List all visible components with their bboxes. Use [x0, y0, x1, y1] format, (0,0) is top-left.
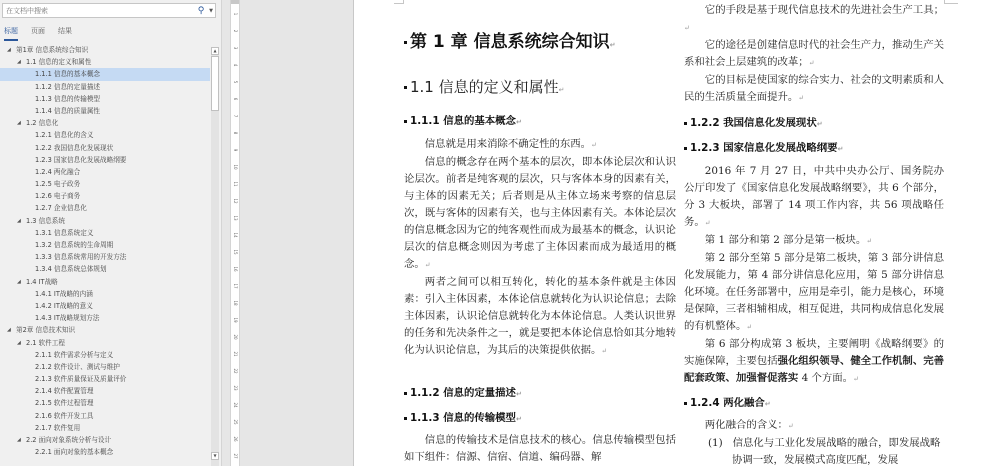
nav-heading-item[interactable]: 2.1.7 软件复用 [0, 422, 210, 434]
scroll-down-arrow-icon[interactable]: ▼ [211, 452, 219, 460]
nav-heading-item[interactable]: 1.2.1 信息化的含义 [0, 129, 210, 141]
section-heading[interactable]: 1.1 信息的定义和属性↵ [404, 76, 565, 97]
subsection-heading-1-1-2[interactable]: 1.1.2 信息的定量描述↵ [404, 384, 522, 399]
paragraph-mark-icon: ↵ [516, 415, 522, 423]
expanded-triangle-icon[interactable]: ◢ [17, 117, 21, 129]
nav-heading-label: 1.2.3 国家信息化发展战略纲要 [35, 156, 126, 164]
ruler-tick-label: 21 [233, 350, 237, 358]
nav-heading-item[interactable]: 2.1.1 软件需求分析与定义 [0, 349, 210, 361]
paragraph-mark-icon: ↵ [610, 41, 616, 49]
body-paragraph: 两化融合的含义：↵ [684, 417, 944, 435]
body-paragraph: 它的途径是创建信息时代的社会生产力，推动生产关系和社会上层建筑的改革；↵ [684, 37, 944, 72]
subsection-heading-1-2-2[interactable]: 1.2.2 我国信息化发展现状↵ [684, 114, 823, 129]
nav-heading-label: 1.2.7 企业信息化 [35, 204, 87, 212]
heading-bullet-icon [404, 417, 407, 420]
nav-heading-item[interactable]: 1.2.2 我国信息化发展现状 [0, 142, 210, 154]
ruler-tick-label: 22 [233, 367, 237, 375]
subsection-heading-1-1-1[interactable]: 1.1.1 信息的基本概念↵ [404, 112, 522, 127]
ruler-tick-label: 27 [233, 452, 237, 460]
nav-heading-label: 1.4.3 IT战略规划方法 [35, 314, 99, 322]
nav-heading-label: 1.2.5 电子政务 [35, 180, 80, 188]
nav-heading-label: 1.3.3 信息系统常用的开发方法 [35, 253, 126, 261]
paragraph-mark-icon: ↵ [838, 145, 844, 153]
ruler-tick-label: 14 [233, 231, 237, 239]
scroll-thumb[interactable] [211, 56, 219, 111]
scroll-up-arrow-icon[interactable]: ▲ [211, 47, 219, 55]
nav-heading-item[interactable]: ◢1.4 IT战略 [0, 276, 210, 288]
ruler-tick-label: 2 [233, 27, 237, 35]
ruler-tick-label: 6 [233, 95, 237, 103]
nav-heading-label: 2.1 软件工程 [26, 339, 65, 347]
expanded-triangle-icon[interactable]: ◢ [17, 337, 21, 349]
nav-heading-item[interactable]: 1.2.5 电子政务 [0, 178, 210, 190]
subsection-heading-1-2-3[interactable]: 1.2.3 国家信息化发展战略纲要↵ [684, 139, 843, 154]
search-options-dropdown-icon[interactable]: ▼ [207, 8, 215, 14]
body-text-block[interactable]: 它的手段是基于现代信息技术的先进社会生产工具；↵ 它的途径是创建信息时代的社会生… [684, 2, 944, 107]
nav-heading-label: 1.1 信息的定义和属性 [26, 58, 91, 66]
nav-heading-item[interactable]: 1.2.6 电子商务 [0, 190, 210, 202]
paragraph-mark-icon: ↵ [559, 86, 565, 94]
nav-heading-label: 2.1.4 软件配置管理 [35, 387, 93, 395]
nav-heading-item[interactable]: ◢1.2 信息化 [0, 117, 210, 129]
body-paragraph: 第 6 部分构成第 3 板块，主要阐明《战略纲要》的实施保障，主要包括强化组织领… [684, 336, 944, 388]
nav-heading-item[interactable]: 1.2.3 国家信息化发展战略纲要 [0, 154, 210, 166]
page-corner-mark-left [394, 0, 404, 4]
body-paragraph: 2016 年 7 月 27 日，中共中央办公厅、国务院办公厅印发了《国家信息化发… [684, 163, 944, 232]
ruler-tick-label: 26 [233, 435, 237, 443]
nav-heading-label: 1.2.2 我国信息化发展现状 [35, 144, 113, 152]
ruler-tick-label: 3 [233, 44, 237, 52]
body-paragraph: 第 2 部分至第 5 部分是第二板块，第 3 部分讲信息化发展能力，第 4 部分… [684, 250, 944, 336]
nav-heading-label: 第1章 信息系统综合知识 [16, 46, 88, 54]
heading-bullet-icon [684, 122, 687, 125]
nav-heading-label: 第2章 信息技术知识 [16, 326, 75, 334]
nav-heading-label: 1.2.6 电子商务 [35, 192, 80, 200]
ruler-tick-label: 19 [233, 316, 237, 324]
ruler-tick-label: 17 [233, 282, 237, 290]
expanded-triangle-icon[interactable]: ◢ [17, 276, 21, 288]
nav-heading-label: 1.3.4 信息系统总体规划 [35, 265, 107, 273]
body-paragraph: 两者之间可以相互转化，转化的基本条件就是主体因素：引入主体因素，本体论信息就转化… [404, 274, 676, 360]
subsection-heading-1-2-4[interactable]: 1.2.4 两化融合↵ [684, 394, 771, 409]
paragraph-mark-icon: ↵ [516, 118, 522, 126]
heading-bullet-icon [404, 120, 407, 123]
nav-heading-label: 1.3 信息系统 [26, 217, 65, 225]
body-paragraph: 信息就是用来消除不确定性的东西。↵ [404, 136, 676, 154]
ruler-tick-label: 12 [233, 197, 237, 205]
nav-heading-label: 1.1.3 信息的传输模型 [35, 95, 100, 103]
nav-heading-label: 1.3.2 信息系统的生命周期 [35, 241, 113, 249]
ruler-tick-label: 16 [233, 265, 237, 273]
body-text-block[interactable]: 信息的传输技术是信息技术的核心。信息传输模型包括如下组件：信源、信宿、信道、编码… [404, 432, 676, 466]
ruler-tick-label: 5 [233, 78, 237, 86]
expanded-triangle-icon[interactable]: ◢ [17, 56, 21, 68]
heading-bullet-icon [684, 402, 687, 405]
body-text-block[interactable]: 2016 年 7 月 27 日，中共中央办公厅、国务院办公厅印发了《国家信息化发… [684, 163, 944, 388]
paragraph-mark-icon: ↵ [516, 390, 522, 398]
tab-pages[interactable]: 页面 [31, 26, 45, 40]
document-page[interactable]: 第 1 章 信息系统综合知识↵ 1.1 信息的定义和属性↵ 1.1.1 信息的基… [353, 0, 990, 466]
body-paragraph: 信息的传输技术是信息技术的核心。信息传输模型包括如下组件：信源、信宿、信道、编码… [404, 432, 676, 466]
search-input[interactable] [3, 4, 195, 17]
nav-heading-item[interactable]: 2.2.1 面向对象的基本概念 [0, 446, 210, 458]
paragraph-mark-icon: ↵ [817, 120, 823, 128]
ruler-tick-label: 23 [233, 384, 237, 392]
body-paragraph: 它的目标是使国家的综合实力、社会的文明素质和人民的生活质量全面提升。↵ [684, 72, 944, 107]
nav-heading-item[interactable]: 2.1.5 软件过程管理 [0, 397, 210, 409]
ruler-tick-label: 4 [233, 61, 237, 69]
search-icon[interactable]: ⚲ [195, 5, 207, 17]
nav-heading-item[interactable]: 1.1.4 信息的质量属性 [0, 105, 210, 117]
nav-heading-label: 2.1.5 软件过程管理 [35, 399, 93, 407]
nav-tabs: 标题 页面 结果 [4, 26, 72, 40]
ruler-tick-label: 11 [233, 180, 237, 188]
navigation-pane: ⚲ ▼ 标题 页面 结果 ◢第1章 信息系统综合知识◢1.1 信息的定义和属性1… [0, 0, 222, 466]
heading-tree: ◢第1章 信息系统综合知识◢1.1 信息的定义和属性1.1.1 信息的基本概念1… [0, 44, 210, 466]
ruler-tick-label: 25 [233, 418, 237, 426]
nav-heading-label: 1.4.2 IT战略的意义 [35, 302, 93, 310]
ruler-margin-marker[interactable] [231, 0, 239, 4]
nav-heading-item[interactable]: 1.4.2 IT战略的意义 [0, 300, 210, 312]
nav-heading-item[interactable]: 1.2.7 企业信息化 [0, 202, 210, 214]
nav-heading-item[interactable]: ◢2.2 面向对象系统分析与设计 [0, 434, 210, 446]
search-box[interactable]: ⚲ ▼ [2, 3, 216, 18]
nav-heading-label: 1.1.1 信息的基本概念 [35, 70, 100, 78]
nav-heading-label: 1.4.1 IT战略的内涵 [35, 290, 93, 298]
nav-heading-item[interactable]: 1.1.1 信息的基本概念 [0, 68, 210, 80]
nav-heading-item[interactable]: 2.1.3 软件质量保证及质量评价 [0, 373, 210, 385]
body-text-block[interactable]: 两化融合的含义：↵ (1) 信息化与工业化发展战略的融合，即发展战略协调一致，发… [684, 417, 944, 466]
ruler-tick-label: 10 [233, 163, 237, 171]
nav-heading-label: 2.1.1 软件需求分析与定义 [35, 351, 113, 359]
heading-bullet-icon [404, 392, 407, 395]
ruler-tick-label: 24 [233, 401, 237, 409]
nav-heading-item[interactable]: 1.2.4 两化融合 [0, 166, 210, 178]
nav-heading-item[interactable]: ◢2.1 软件工程 [0, 337, 210, 349]
tab-results[interactable]: 结果 [58, 26, 72, 40]
ruler-tick-label: 8 [233, 129, 237, 137]
numbered-list-item: (1) 信息化与工业化发展战略的融合，即发展战略协调一致，发展模式高度匹配，发展 [684, 435, 944, 466]
nav-scrollbar[interactable]: ▲ ▼ [211, 47, 219, 466]
expanded-triangle-icon[interactable]: ◢ [17, 215, 21, 227]
ruler-tick-label: 7 [233, 112, 237, 120]
nav-heading-label: 2.2 面向对象系统分析与设计 [26, 436, 111, 444]
nav-heading-label: 2.1.6 软件开发工具 [35, 412, 93, 420]
nav-heading-item[interactable]: 1.3.1 信息系统定义 [0, 227, 210, 239]
ruler-tick-label: 1 [233, 10, 237, 18]
nav-heading-item[interactable]: ◢第2章 信息技术知识 [0, 324, 210, 336]
nav-heading-label: 1.3.1 信息系统定义 [35, 229, 93, 237]
nav-heading-item[interactable]: ◢第1章 信息系统综合知识 [0, 44, 210, 56]
ruler-tick-label: 20 [233, 333, 237, 341]
paragraph-mark-icon: ↵ [765, 400, 771, 408]
ruler-tick-label: 15 [233, 248, 237, 256]
nav-heading-label: 1.2.4 两化融合 [35, 168, 80, 176]
nav-heading-label: 1.1.2 信息的定量描述 [35, 83, 100, 91]
nav-heading-item[interactable]: 1.3.4 信息系统总体规划 [0, 263, 210, 275]
ruler-tick-label: 18 [233, 299, 237, 307]
nav-heading-item[interactable]: ◢1.3 信息系统 [0, 215, 210, 227]
nav-heading-item[interactable]: 2.1.4 软件配置管理 [0, 385, 210, 397]
subsection-heading-1-1-3[interactable]: 1.1.3 信息的传输模型↵ [404, 409, 522, 424]
body-text-block[interactable]: 信息就是用来消除不确定性的东西。↵ 信息的概念存在两个基本的层次，即本体论层次和… [404, 136, 676, 360]
nav-heading-label: 2.1.3 软件质量保证及质量评价 [35, 375, 126, 383]
heading-bullet-icon [404, 86, 407, 89]
nav-heading-item[interactable]: 2.1.6 软件开发工具 [0, 410, 210, 422]
nav-heading-label: 1.2.1 信息化的含义 [35, 131, 93, 139]
nav-heading-item[interactable]: ◢1.1 信息的定义和属性 [0, 56, 210, 68]
tab-headings[interactable]: 标题 [4, 26, 18, 40]
ruler-tick-label: 13 [233, 214, 237, 222]
body-paragraph: 信息的概念存在两个基本的层次，即本体论层次和认识论层次。前者是纯客观的层次，只与… [404, 154, 676, 274]
expanded-triangle-icon[interactable]: ◢ [7, 324, 11, 336]
heading-bullet-icon [684, 147, 687, 150]
expanded-triangle-icon[interactable]: ◢ [17, 434, 21, 446]
nav-heading-label: 2.2.1 面向对象的基本概念 [35, 448, 113, 456]
nav-heading-label: 2.1.2 软件设计、测试与维护 [35, 363, 120, 371]
vertical-ruler: 1234567891011121314151617181920212223242… [230, 0, 240, 466]
expanded-triangle-icon[interactable]: ◢ [7, 44, 11, 56]
nav-heading-label: 1.1.4 信息的质量属性 [35, 107, 100, 115]
nav-heading-item[interactable]: 2.1.2 软件设计、测试与维护 [0, 361, 210, 373]
nav-heading-item[interactable]: 1.4.3 IT战略规划方法 [0, 312, 210, 324]
document-background [241, 0, 353, 466]
nav-heading-item[interactable]: 1.1.2 信息的定量描述 [0, 81, 210, 93]
ruler-tick-label: 9 [233, 146, 237, 154]
nav-heading-label: 1.4 IT战略 [26, 278, 58, 286]
nav-heading-item[interactable]: 1.3.2 信息系统的生命周期 [0, 239, 210, 251]
nav-heading-item[interactable]: 1.4.1 IT战略的内涵 [0, 288, 210, 300]
chapter-heading[interactable]: 第 1 章 信息系统综合知识↵ [404, 27, 615, 52]
page-corner-mark-right [944, 0, 958, 4]
nav-heading-item[interactable]: 1.1.3 信息的传输模型 [0, 93, 210, 105]
body-paragraph: 它的手段是基于现代信息技术的先进社会生产工具；↵ [684, 2, 944, 37]
nav-heading-label: 2.1.7 软件复用 [35, 424, 80, 432]
body-paragraph: 第 1 部分和第 2 部分是第一板块。↵ [684, 232, 944, 250]
nav-heading-label: 1.2 信息化 [26, 119, 58, 127]
nav-heading-item[interactable]: 1.3.3 信息系统常用的开发方法 [0, 251, 210, 263]
heading-bullet-icon [404, 41, 407, 44]
